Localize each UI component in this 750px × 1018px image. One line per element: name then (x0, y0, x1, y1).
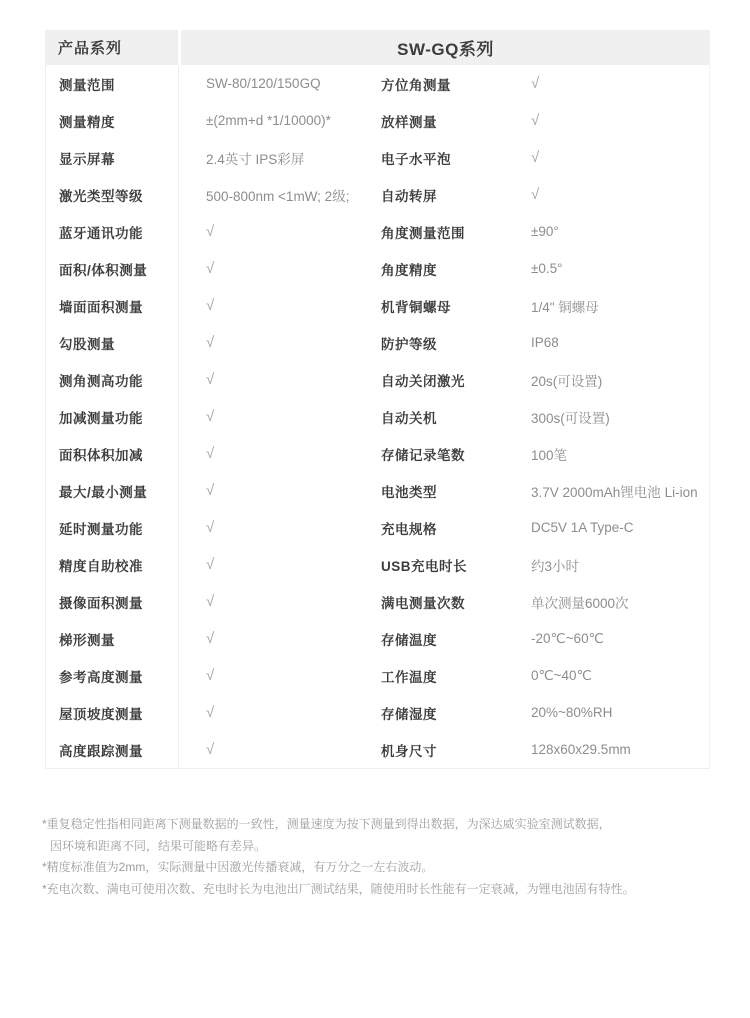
spec-label: 梯形测量 (46, 629, 178, 649)
spec-label: 方位角测量 (381, 74, 531, 94)
header-series-name: SW-GQ系列 (181, 30, 710, 65)
spec-row: 延时测量功能√充电规格DC5V 1A Type-C (46, 509, 709, 546)
check-icon: √ (178, 482, 381, 499)
footnote-line: *重复稳定性指相同距离下测量数据的一致性，测量速度为按下测量到得出数据，为深达威… (42, 814, 712, 836)
spec-row: 蓝牙通讯功能√角度测量范围±90° (46, 213, 709, 250)
spec-label: 摄像面积测量 (46, 592, 178, 612)
spec-label: 防护等级 (381, 333, 531, 353)
spec-value: 20%~80%RH (531, 705, 709, 720)
spec-label: 工作温度 (381, 666, 531, 686)
spec-row: 精度自助校准√USB充电时长约3小时 (46, 546, 709, 583)
spec-label: 测角测高功能 (46, 370, 178, 390)
spec-value: 100笔 (531, 444, 709, 464)
spec-row: 面积体积加减√存储记录笔数100笔 (46, 435, 709, 472)
spec-value: 0℃~40℃ (531, 668, 709, 684)
product-spec-page: { "header": { "col1": "产品系列", "col2": "S… (0, 0, 750, 1018)
check-icon: √ (178, 408, 381, 425)
spec-label: 机身尺寸 (381, 740, 531, 760)
check-icon: √ (178, 297, 381, 314)
spec-row: 测角测高功能√自动关闭激光20s(可设置) (46, 361, 709, 398)
spec-label: 面积体积加减 (46, 444, 178, 464)
spec-row: 测量范围SW-80/120/150GQ方位角测量√ (46, 65, 709, 102)
spec-table-header: 产品系列 SW-GQ系列 (45, 30, 710, 65)
check-icon: √ (531, 112, 709, 129)
spec-label: USB充电时长 (381, 555, 531, 575)
check-icon: √ (178, 667, 381, 684)
spec-label: 激光类型等级 (46, 185, 178, 205)
spec-row: 参考高度测量√工作温度0℃~40℃ (46, 657, 709, 694)
spec-table: 产品系列 SW-GQ系列 测量范围SW-80/120/150GQ方位角测量√测量… (45, 30, 710, 769)
spec-value: SW-80/120/150GQ (178, 76, 381, 91)
check-icon: √ (178, 223, 381, 240)
spec-label: 加减测量功能 (46, 407, 178, 427)
spec-label: 角度测量范围 (381, 222, 531, 242)
spec-value: 128x60x29.5mm (531, 742, 709, 757)
check-icon: √ (178, 519, 381, 536)
spec-value: 300s(可设置) (531, 407, 709, 427)
spec-label: 自动关闭激光 (381, 370, 531, 390)
spec-label: 电池类型 (381, 481, 531, 501)
spec-row: 加减测量功能√自动关机300s(可设置) (46, 398, 709, 435)
spec-label: 电子水平泡 (381, 148, 531, 168)
spec-table-body: 测量范围SW-80/120/150GQ方位角测量√测量精度±(2mm+d *1/… (45, 65, 710, 769)
check-icon: √ (178, 260, 381, 277)
spec-value: ±(2mm+d *1/10000)* (178, 113, 381, 128)
spec-value: 1/4" 铜螺母 (531, 296, 709, 316)
spec-label: 高度跟踪测量 (46, 740, 178, 760)
spec-label: 测量精度 (46, 111, 178, 131)
footnotes: *重复稳定性指相同距离下测量数据的一致性，测量速度为按下测量到得出数据，为深达威… (42, 814, 712, 900)
spec-row: 梯形测量√存储温度-20℃~60℃ (46, 620, 709, 657)
spec-value: 2.4英寸 IPS彩屏 (178, 148, 381, 168)
spec-label: 角度精度 (381, 259, 531, 279)
spec-label: 自动关机 (381, 407, 531, 427)
spec-row: 面积/体积测量√角度精度±0.5° (46, 250, 709, 287)
spec-row: 屋顶坡度测量√存储湿度20%~80%RH (46, 694, 709, 731)
spec-row: 墙面面积测量√机背铜螺母1/4" 铜螺母 (46, 287, 709, 324)
spec-value: 单次测量6000次 (531, 592, 709, 612)
spec-row: 测量精度±(2mm+d *1/10000)*放样测量√ (46, 102, 709, 139)
check-icon: √ (178, 741, 381, 758)
spec-label: 参考高度测量 (46, 666, 178, 686)
footnote-line: *充电次数、满电可使用次数、充电时长为电池出厂测试结果，随使用时长性能有一定衰减… (42, 879, 712, 901)
spec-label: 存储记录笔数 (381, 444, 531, 464)
check-icon: √ (531, 186, 709, 203)
check-icon: √ (178, 704, 381, 721)
spec-label: 满电测量次数 (381, 592, 531, 612)
spec-row: 激光类型等级500-800nm <1mW; 2级;自动转屏√ (46, 176, 709, 213)
spec-label: 墙面面积测量 (46, 296, 178, 316)
spec-row: 勾股测量√防护等级IP68 (46, 324, 709, 361)
spec-label: 充电规格 (381, 518, 531, 538)
spec-value: 20s(可设置) (531, 370, 709, 390)
spec-label: 测量范围 (46, 74, 178, 94)
check-icon: √ (178, 334, 381, 351)
check-icon: √ (531, 149, 709, 166)
spec-row: 显示屏幕2.4英寸 IPS彩屏电子水平泡√ (46, 139, 709, 176)
header-product-series: 产品系列 (45, 30, 178, 65)
spec-label: 精度自助校准 (46, 555, 178, 575)
check-icon: √ (178, 445, 381, 462)
spec-label: 勾股测量 (46, 333, 178, 353)
spec-label: 机背铜螺母 (381, 296, 531, 316)
spec-value: DC5V 1A Type-C (531, 520, 709, 535)
spec-label: 屋顶坡度测量 (46, 703, 178, 723)
spec-value: ±90° (531, 224, 709, 239)
spec-value: 3.7V 2000mAh锂电池 Li-ion (531, 481, 709, 501)
spec-value: ±0.5° (531, 261, 709, 276)
check-icon: √ (178, 371, 381, 388)
spec-row: 高度跟踪测量√机身尺寸128x60x29.5mm (46, 731, 709, 768)
spec-value: -20℃~60℃ (531, 631, 709, 647)
spec-value: 约3小时 (531, 555, 709, 575)
spec-label: 存储湿度 (381, 703, 531, 723)
check-icon: √ (178, 556, 381, 573)
footnote-line: 因环境和距离不同，结果可能略有差异。 (42, 836, 712, 858)
spec-row: 摄像面积测量√满电测量次数单次测量6000次 (46, 583, 709, 620)
footnote-line: *精度标准值为2mm，实际测量中因激光传播衰减，有万分之一左右波动。 (42, 857, 712, 879)
check-icon: √ (178, 630, 381, 647)
spec-row: 最大/最小测量√电池类型3.7V 2000mAh锂电池 Li-ion (46, 472, 709, 509)
spec-label: 延时测量功能 (46, 518, 178, 538)
spec-label: 自动转屏 (381, 185, 531, 205)
check-icon: √ (178, 593, 381, 610)
spec-label: 面积/体积测量 (46, 259, 178, 279)
spec-label: 蓝牙通讯功能 (46, 222, 178, 242)
spec-label: 放样测量 (381, 111, 531, 131)
spec-label: 最大/最小测量 (46, 481, 178, 501)
check-icon: √ (531, 75, 709, 92)
spec-label: 显示屏幕 (46, 148, 178, 168)
spec-value: IP68 (531, 335, 709, 350)
spec-label: 存储温度 (381, 629, 531, 649)
spec-value: 500-800nm <1mW; 2级; (178, 185, 381, 205)
